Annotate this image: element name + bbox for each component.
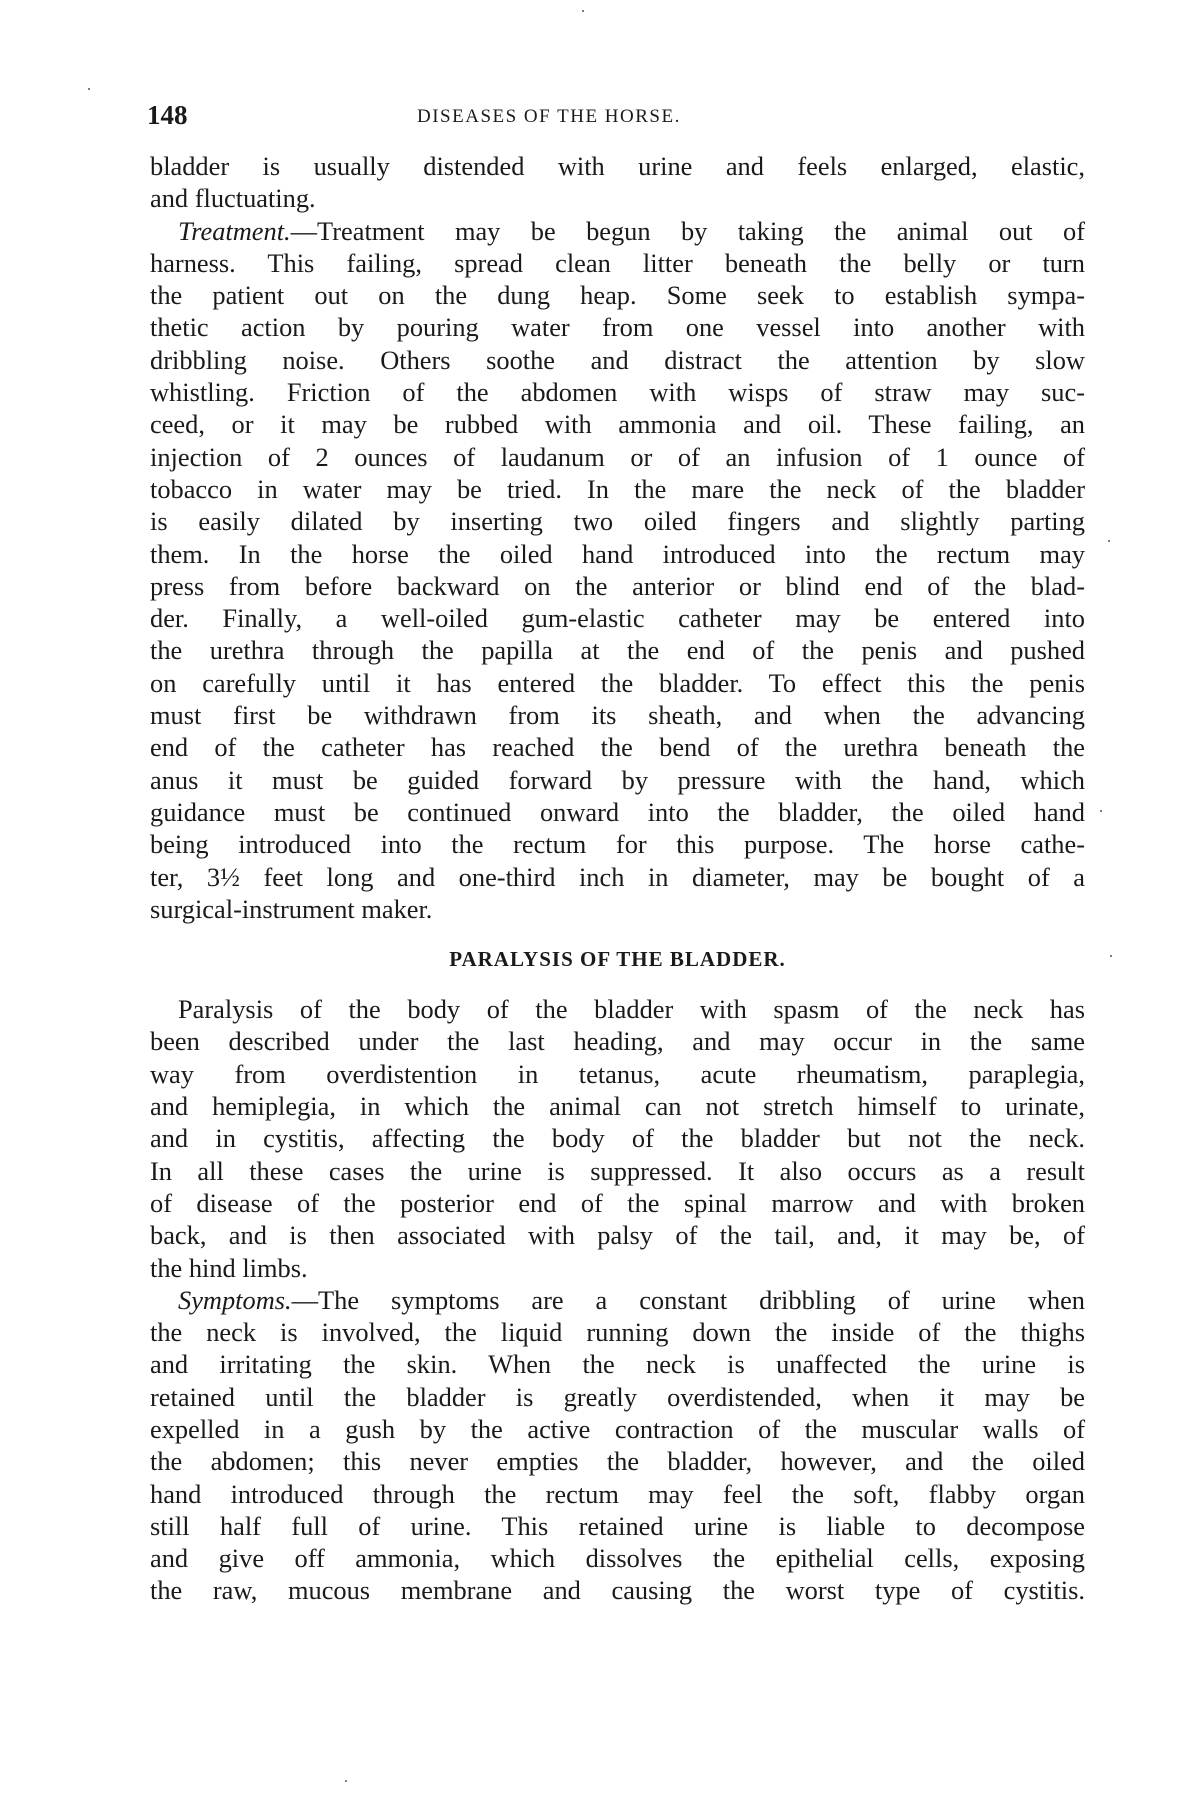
text-line: of disease of the posterior end of the s… [150,1187,1085,1219]
text-line: must first be withdrawn from its sheath,… [150,699,1085,731]
scan-speck [88,88,90,90]
text-line: dribbling noise. Others soothe and distr… [150,344,1085,376]
scan-speck [582,10,584,12]
page-number: 148 [147,100,188,131]
text-line: the hind limbs. [150,1252,1085,1284]
run-in-heading-treatment: Treatment. [178,216,291,246]
text-line: Symptoms.—The symptoms are a constant dr… [150,1284,1085,1316]
text-line: der. Finally, a well-oiled gum-elastic c… [150,602,1085,634]
text-line: on carefully until it has entered the bl… [150,667,1085,699]
text-line: end of the catheter has reached the bend… [150,731,1085,763]
text-line: the neck is involved, the liquid running… [150,1316,1085,1348]
text-line: been described under the last heading, a… [150,1025,1085,1057]
text-line-rest: —The symptoms are a constant dribbling o… [292,1285,1085,1315]
text-line: the raw, mucous membrane and causing the… [150,1574,1085,1606]
text-line: ter, 3½ feet long and one-third inch in … [150,861,1085,893]
text-line: guidance must be continued onward into t… [150,796,1085,828]
running-header: 148 DISEASES OF THE HORSE. [147,100,1087,140]
text-line: expelled in a gush by the active contrac… [150,1413,1085,1445]
text-line: and hemiplegia, in which the animal can … [150,1090,1085,1122]
paragraph-continuation: bladder is usually distended with urine … [150,150,1085,215]
text-line: hand introduced through the rectum may f… [150,1478,1085,1510]
text-line: and irritating the skin. When the neck i… [150,1348,1085,1380]
text-line: thetic action by pouring water from one … [150,311,1085,343]
section-heading: PARALYSIS OF THE BLADDER. [150,943,1085,975]
text-line: and fluctuating. [150,182,1085,214]
text-line: bladder is usually distended with urine … [150,150,1085,182]
text-line: whistling. Friction of the abdomen with … [150,376,1085,408]
paragraph-paralysis-intro: Paralysis of the body of the bladder wit… [150,993,1085,1284]
text-line: retained until the bladder is greatly ov… [150,1381,1085,1413]
text-line: press from before backward on the anteri… [150,570,1085,602]
text-line: still half full of urine. This retained … [150,1510,1085,1542]
text-line: harness. This failing, spread clean litt… [150,247,1085,279]
book-page: 148 DISEASES OF THE HORSE. bladder is us… [0,0,1200,1806]
paragraph-symptoms: Symptoms.—The symptoms are a constant dr… [150,1284,1085,1607]
scan-speck [1110,955,1112,957]
text-line: injection of 2 ounces of laudanum or of … [150,441,1085,473]
body-text: bladder is usually distended with urine … [150,150,1085,1607]
text-line: them. In the horse the oiled hand introd… [150,538,1085,570]
text-line: In all these cases the urine is suppress… [150,1155,1085,1187]
text-line: Treatment.—Treatment may be begun by tak… [150,215,1085,247]
text-line: is easily dilated by inserting two oiled… [150,505,1085,537]
scan-speck [345,1780,347,1782]
text-line: the abdomen; this never empties the blad… [150,1445,1085,1477]
text-line: the patient out on the dung heap. Some s… [150,279,1085,311]
text-line: back, and is then associated with palsy … [150,1219,1085,1251]
scan-speck [1100,810,1102,812]
text-line: and in cystitis, affecting the body of t… [150,1122,1085,1154]
text-line: Paralysis of the body of the bladder wit… [150,993,1085,1025]
text-line: the urethra through the papilla at the e… [150,634,1085,666]
text-line: surgical-instrument maker. [150,893,1085,925]
text-line: anus it must be guided forward by pressu… [150,764,1085,796]
run-in-heading-symptoms: Symptoms. [178,1285,292,1315]
text-line: tobacco in water may be tried. In the ma… [150,473,1085,505]
running-title: DISEASES OF THE HORSE. [417,106,681,128]
text-line-rest: —Treatment may be begun by taking the an… [291,216,1085,246]
text-line: and give off ammonia, which dissolves th… [150,1542,1085,1574]
scan-speck [1108,540,1110,542]
text-line: way from overdistention in tetanus, acut… [150,1058,1085,1090]
text-line: being introduced into the rectum for thi… [150,828,1085,860]
text-line: ceed, or it may be rubbed with ammonia a… [150,408,1085,440]
paragraph-treatment: Treatment.—Treatment may be begun by tak… [150,215,1085,926]
